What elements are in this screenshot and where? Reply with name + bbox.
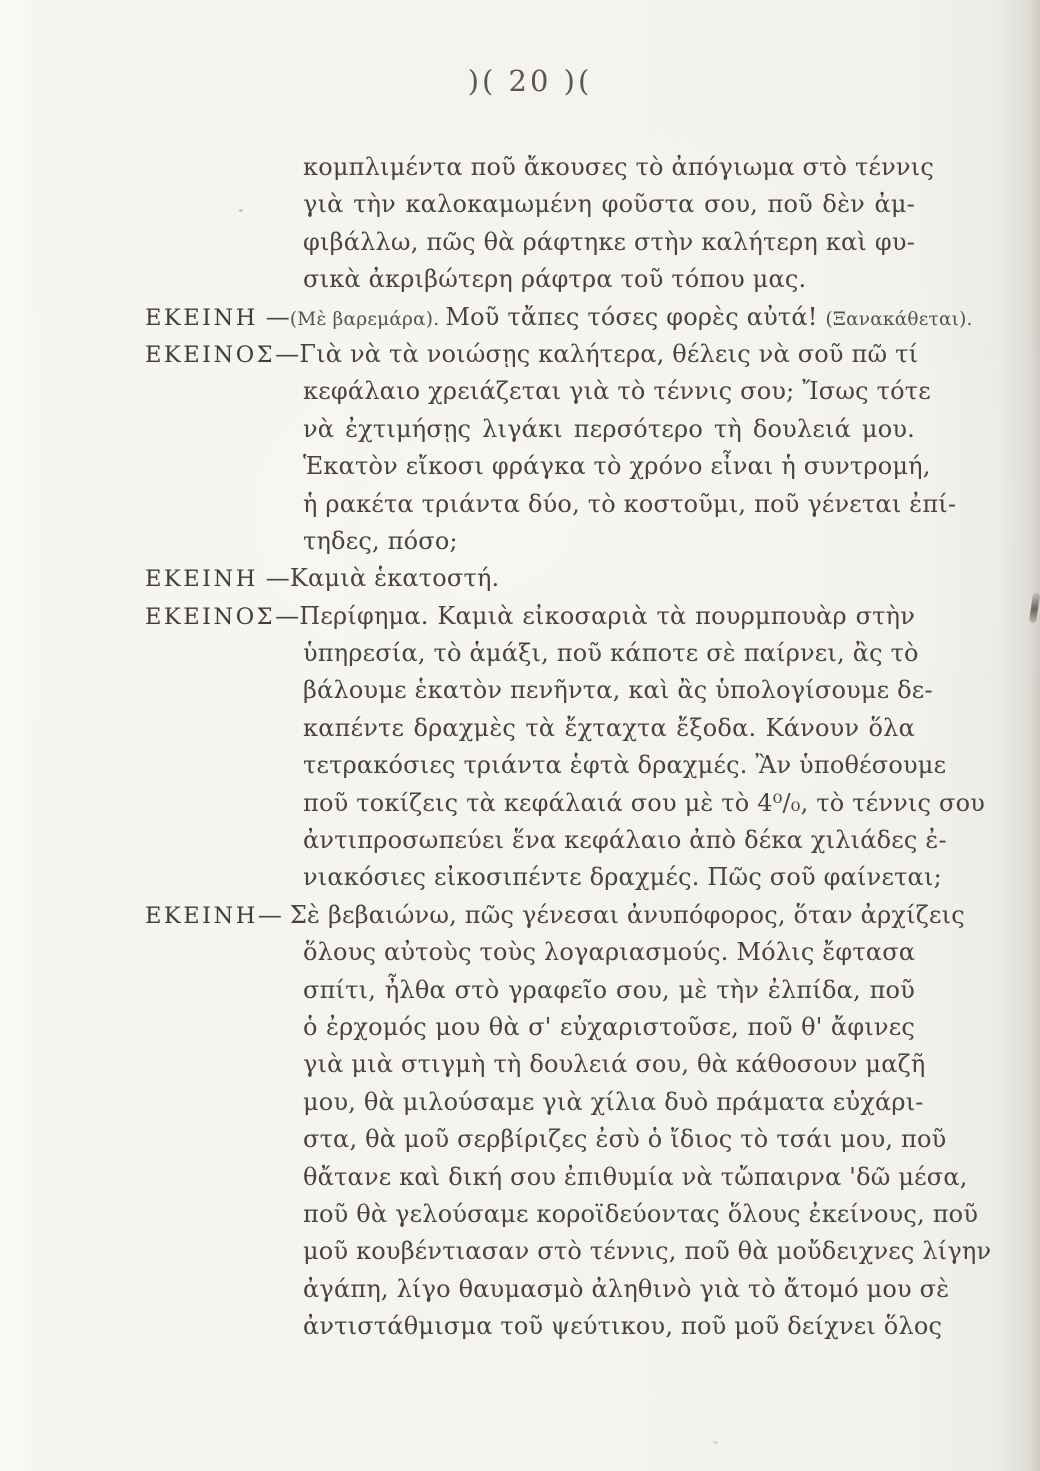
text-line: ἀγάπη, λίγο θαυμασμὸ ἀληθινὸ γιὰ τὸ ἄτομ…: [145, 1271, 915, 1308]
dialogue-text: τετρακόσιες τριάντα ἑφτὰ δραχμές. Ἂν ὑπο…: [303, 751, 946, 779]
text-line: κομπλιμέντα ποῦ ἄκουσες τὸ ἀπόγιωμα στὸ …: [145, 149, 915, 186]
text-line: ἀντιστάθμισμα τοῦ ψεύτικου, ποῦ μοῦ δείχ…: [145, 1308, 915, 1345]
dialogue-text: φιβάλλω, πῶς θὰ ράφτηκε στὴν καλήτερη κα…: [303, 228, 915, 256]
dialogue-text: Μοῦ τἄπες τόσες φορὲς αὐτά!: [445, 303, 825, 331]
dialogue-text: στα, θὰ μοῦ σερβίριζες ἐσὺ ὁ ἴδιος τὸ τσ…: [303, 1125, 946, 1153]
dialogue-text: σικὰ ἀκριβώτερη ράφτρα τοῦ τόπου μας.: [303, 265, 806, 293]
dialogue-text: ὑπηρεσία, τὸ ἁμάξι, ποῦ κάποτε σὲ παίρνε…: [303, 639, 919, 667]
speaker-name: ΕΚΕΙΝΗ: [145, 566, 258, 592]
text-line: καπέντε δραχμὲς τὰ ἔχταχτα ἔξοδα. Κάνουν…: [145, 710, 915, 747]
text-line: γιὰ τὴν καλοκαμωμένη φοῦστα σου, ποῦ δὲν…: [145, 186, 915, 223]
speaker-name: ΕΚΕΙΝΗ: [145, 903, 258, 929]
text-line: Ἑκατὸν εἴκοσι φράγκα τὸ χρόνο εἶναι ἡ συ…: [145, 448, 915, 485]
text-line: σικὰ ἀκριβώτερη ράφτρα τοῦ τόπου μας.: [145, 261, 915, 298]
stage-direction: (Μὲ βαρεμάρα).: [290, 309, 445, 330]
dialogue-text: ὁ ἐρχομός μου θὰ σ' εὐχαριστοῦσε, ποῦ θ'…: [303, 1013, 915, 1041]
text-line: στα, θὰ μοῦ σερβίριζες ἐσὺ ὁ ἴδιος τὸ τσ…: [145, 1121, 915, 1158]
dialogue-text: γιὰ τὴν καλοκαμωμένη φοῦστα σου, ποῦ δὲν…: [303, 190, 915, 218]
speaker-name: ΕΚΕΙΝΗ: [145, 305, 258, 331]
text-line: ΕΚΕΙΝΟΣ—Γιὰ νὰ τὰ νοιώσῃς καλήτερα, θέλε…: [145, 336, 915, 373]
text-line: ἀντιπροσωπεύει ἕνα κεφάλαιο ἀπὸ δέκα χιλ…: [145, 822, 915, 859]
dialogue-text: — Σὲ βεβαιώνω, πῶς γένεσαι ἀνυπόφορος, ὅ…: [258, 901, 965, 929]
text-line: σπίτι, ἦλθα στὸ γραφεῖο σου, μὲ τὴν ἐλπί…: [145, 972, 915, 1009]
dialogue-text: καπέντε δραχμὲς τὰ ἔχταχτα ἔξοδα. Κάνουν…: [303, 714, 915, 742]
dialogue-text: μοῦ κουβέντιασαν στὸ τέννις, ποῦ θὰ μοὔδ…: [303, 1237, 991, 1265]
dialogue-text: ὅλους αὐτοὺς τοὺς λογαριασμούς. Μόλις ἔφ…: [303, 938, 915, 966]
dialogue-text: μου, θὰ μιλούσαμε γιὰ χίλια δυὸ πράματα …: [303, 1088, 924, 1116]
dialogue-text: —Καμιὰ ἑκατοστή.: [258, 564, 500, 592]
dialogue-text: —Περίφημα. Καμιὰ εἰκοσαριὰ τὰ πουρμπουὰρ…: [275, 602, 915, 630]
dialogue-text: ἡ ρακέτα τριάντα δύο, τὸ κοστοῦμι, ποῦ γ…: [303, 490, 956, 518]
scan-edge-artifact: [1029, 593, 1040, 624]
text-line: μου, θὰ μιλούσαμε γιὰ χίλια δυὸ πράματα …: [145, 1084, 915, 1121]
stage-direction: (Ξανακάθεται).: [825, 309, 972, 330]
text-line: μοῦ κουβέντιασαν στὸ τέννις, ποῦ θὰ μοὔδ…: [145, 1233, 915, 1270]
dialogue-text: ἀντιπροσωπεύει ἕνα κεφάλαιο ἀπὸ δέκα χιλ…: [303, 826, 947, 854]
text-line: κεφάλαιο χρειάζεται γιὰ τὸ τέννις σου; Ἴ…: [145, 373, 915, 410]
dialogue-text: θἄτανε καὶ δική σου ἐπιθυμία νὰ τὤπαιρνα…: [303, 1163, 968, 1191]
text-line: ὅλους αὐτοὺς τοὺς λογαριασμούς. Μόλις ἔφ…: [145, 934, 915, 971]
text-line: ὑπηρεσία, τὸ ἁμάξι, ποῦ κάποτε σὲ παίρνε…: [145, 635, 915, 672]
dialogue-text: κεφάλαιο χρειάζεται γιὰ τὸ τέννις σου; Ἴ…: [303, 377, 931, 405]
speaker-name: ΕΚΕΙΝΟΣ: [145, 604, 275, 630]
text-line: ποῦ θὰ γελούσαμε κοροϊδεύοντας ὅλους ἐκε…: [145, 1196, 915, 1233]
dialogue-text: νὰ ἐχτιμήσῃς λιγάκι περσότερο τὴ δουλειά…: [303, 415, 915, 443]
dialogue-text: τηδες, πόσο;: [303, 527, 458, 555]
scanned-book-page: )( 20 )( κομπλιμέντα ποῦ ἄκουσες τὸ ἀπόγ…: [0, 0, 1040, 1471]
dialogue-text: νιακόσιες εἰκοσιπέντε δραχμές. Πῶς σοῦ φ…: [303, 863, 942, 891]
text-line: νὰ ἐχτιμήσῃς λιγάκι περσότερο τὴ δουλειά…: [145, 411, 915, 448]
text-line: ΕΚΕΙΝΗ —Καμιὰ ἑκατοστή.: [145, 560, 915, 597]
text-block: κομπλιμέντα ποῦ ἄκουσες τὸ ἀπόγιωμα στὸ …: [145, 149, 915, 1346]
text-line: ἡ ρακέτα τριάντα δύο, τὸ κοστοῦμι, ποῦ γ…: [145, 486, 915, 523]
text-line: τετρακόσιες τριάντα ἑφτὰ δραχμές. Ἂν ὑπο…: [145, 747, 915, 784]
text-line: φιβάλλω, πῶς θὰ ράφτηκε στὴν καλήτερη κα…: [145, 224, 915, 261]
text-line: ΕΚΕΙΝΗ— Σὲ βεβαιώνω, πῶς γένεσαι ἀνυπόφο…: [145, 897, 915, 934]
dialogue-text: ποῦ τοκίζεις τὰ κεφάλαιά σου μὲ τὸ 4⁰/₀,…: [303, 789, 985, 817]
paper-speck: [239, 209, 243, 212]
dialogue-text: σπίτι, ἦλθα στὸ γραφεῖο σου, μὲ τὴν ἐλπί…: [303, 976, 915, 1004]
text-line: ΕΚΕΙΝΟΣ—Περίφημα. Καμιὰ εἰκοσαριὰ τὰ που…: [145, 598, 915, 635]
dialogue-text: Ἑκατὸν εἴκοσι φράγκα τὸ χρόνο εἶναι ἡ συ…: [303, 452, 931, 480]
text-line: νιακόσιες εἰκοσιπέντε δραχμές. Πῶς σοῦ φ…: [145, 859, 915, 896]
dialogue-text: γιὰ μιὰ στιγμὴ τὴ δουλειά σου, θὰ κάθοσο…: [303, 1050, 925, 1078]
paper-speck: [713, 1441, 718, 1444]
dialogue-text: —: [258, 303, 290, 331]
text-line: γιὰ μιὰ στιγμὴ τὴ δουλειά σου, θὰ κάθοσο…: [145, 1046, 915, 1083]
dialogue-text: ἀντιστάθμισμα τοῦ ψεύτικου, ποῦ μοῦ δείχ…: [303, 1312, 942, 1340]
speaker-name: ΕΚΕΙΝΟΣ: [145, 342, 275, 368]
dialogue-text: βάλουμε ἑκατὸν πενῆντα, καὶ ἂς ὑπολογίσο…: [303, 676, 933, 704]
dialogue-text: —Γιὰ νὰ τὰ νοιώσῃς καλήτερα, θέλεις νὰ σ…: [275, 340, 918, 368]
text-line: τηδες, πόσο;: [145, 523, 915, 560]
dialogue-text: κομπλιμέντα ποῦ ἄκουσες τὸ ἀπόγιωμα στὸ …: [303, 153, 934, 181]
text-line: ὁ ἐρχομός μου θὰ σ' εὐχαριστοῦσε, ποῦ θ'…: [145, 1009, 915, 1046]
text-line: βάλουμε ἑκατὸν πενῆντα, καὶ ἂς ὑπολογίσο…: [145, 672, 915, 709]
dialogue-text: ἀγάπη, λίγο θαυμασμὸ ἀληθινὸ γιὰ τὸ ἄτομ…: [303, 1275, 949, 1303]
text-line: ποῦ τοκίζεις τὰ κεφάλαιά σου μὲ τὸ 4⁰/₀,…: [145, 785, 915, 822]
dialogue-text: ποῦ θὰ γελούσαμε κοροϊδεύοντας ὅλους ἐκε…: [303, 1200, 978, 1228]
text-line: θἄτανε καὶ δική σου ἐπιθυμία νὰ τὤπαιρνα…: [145, 1159, 915, 1196]
page-number: )( 20 )(: [145, 64, 915, 98]
text-line: ΕΚΕΙΝΗ —(Μὲ βαρεμάρα). Μοῦ τἄπες τόσες φ…: [145, 299, 915, 336]
